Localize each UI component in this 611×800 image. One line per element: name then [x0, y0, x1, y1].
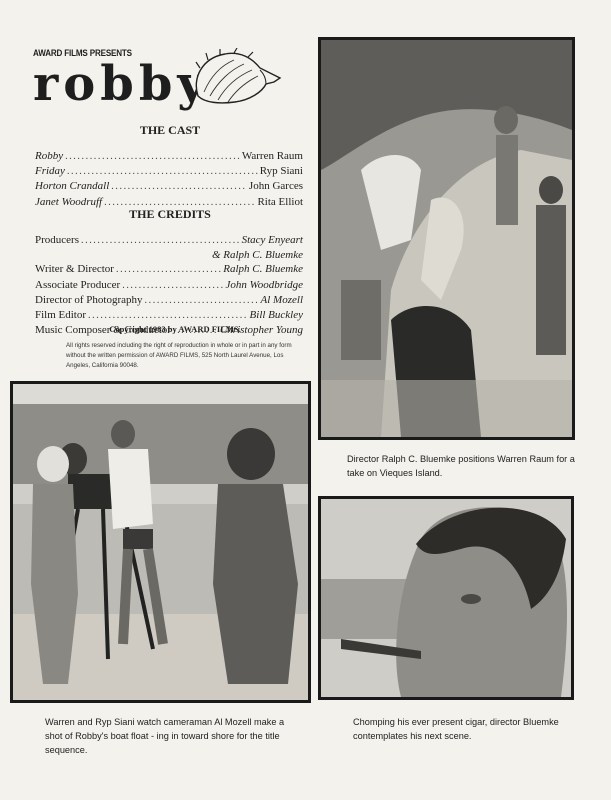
- rights-notice: All rights reserved including the right …: [66, 341, 298, 371]
- cast-role: Friday: [35, 164, 65, 178]
- copyright-line: Copyright 1983 by AWARD FILMS.: [80, 324, 270, 334]
- cast-actor: Warren Raum: [242, 149, 303, 163]
- cast-heading: THE CAST: [130, 123, 210, 138]
- credit-row: Associate ProducerJohn Woodbridge: [35, 278, 303, 293]
- credit-role: Writer & Director: [35, 262, 114, 276]
- cast-actor: Rita Elliot: [257, 195, 303, 209]
- credit-row: Writer & DirectorRalph C. Bluemke: [35, 262, 303, 277]
- caption-beach-camera-crew: Warren and Ryp Siani watch cameraman Al …: [45, 715, 285, 757]
- credit-name: Al Mozell: [261, 293, 303, 307]
- credit-row: ProducersStacy Enyeart: [35, 233, 303, 248]
- credit-role: Associate Producer: [35, 278, 120, 292]
- credit-row: Director of PhotographyAl Mozell: [35, 293, 303, 308]
- credit-name: Stacy Enyeart: [242, 233, 303, 247]
- cast-role: Janet Woodruff: [35, 195, 102, 209]
- cast-actor: Ryp Siani: [260, 164, 303, 178]
- credit-name: John Woodbridge: [225, 278, 303, 292]
- conch-shell-icon: [190, 48, 285, 108]
- credit-name: & Ralph C. Bluemke: [212, 248, 303, 262]
- credit-row: & Ralph C. Bluemke: [35, 248, 303, 262]
- credits-heading: THE CREDITS: [120, 207, 220, 222]
- credit-role: Director of Photography: [35, 293, 143, 307]
- film-title: robby: [33, 60, 210, 108]
- cast-actor: John Garces: [249, 179, 303, 193]
- cast-row: RobbyWarren Raum: [35, 149, 303, 164]
- photo-beach-camera-crew: [10, 381, 311, 703]
- caption-director-cigar: Chomping his ever present cigar, directo…: [353, 715, 583, 743]
- credit-role: Producers: [35, 233, 79, 247]
- credits-list: ProducersStacy Enyeart & Ralph C. Bluemk…: [35, 233, 303, 338]
- cast-list: RobbyWarren Raum FridayRyp Siani Horton …: [35, 149, 303, 210]
- photo-director-on-rocks: [318, 37, 575, 440]
- caption-director-on-rocks: Director Ralph C. Bluemke positions Warr…: [347, 452, 577, 480]
- credit-name: Bill Buckley: [250, 308, 303, 322]
- credit-name: Ralph C. Bluemke: [223, 262, 303, 276]
- credit-role: Film Editor: [35, 308, 86, 322]
- cast-row: FridayRyp Siani: [35, 164, 303, 179]
- cast-role: Horton Crandall: [35, 179, 109, 193]
- photo-director-cigar: [318, 496, 574, 700]
- cast-role: Robby: [35, 149, 63, 163]
- credit-row: Film EditorBill Buckley: [35, 308, 303, 323]
- cast-row: Horton CrandallJohn Garces: [35, 179, 303, 194]
